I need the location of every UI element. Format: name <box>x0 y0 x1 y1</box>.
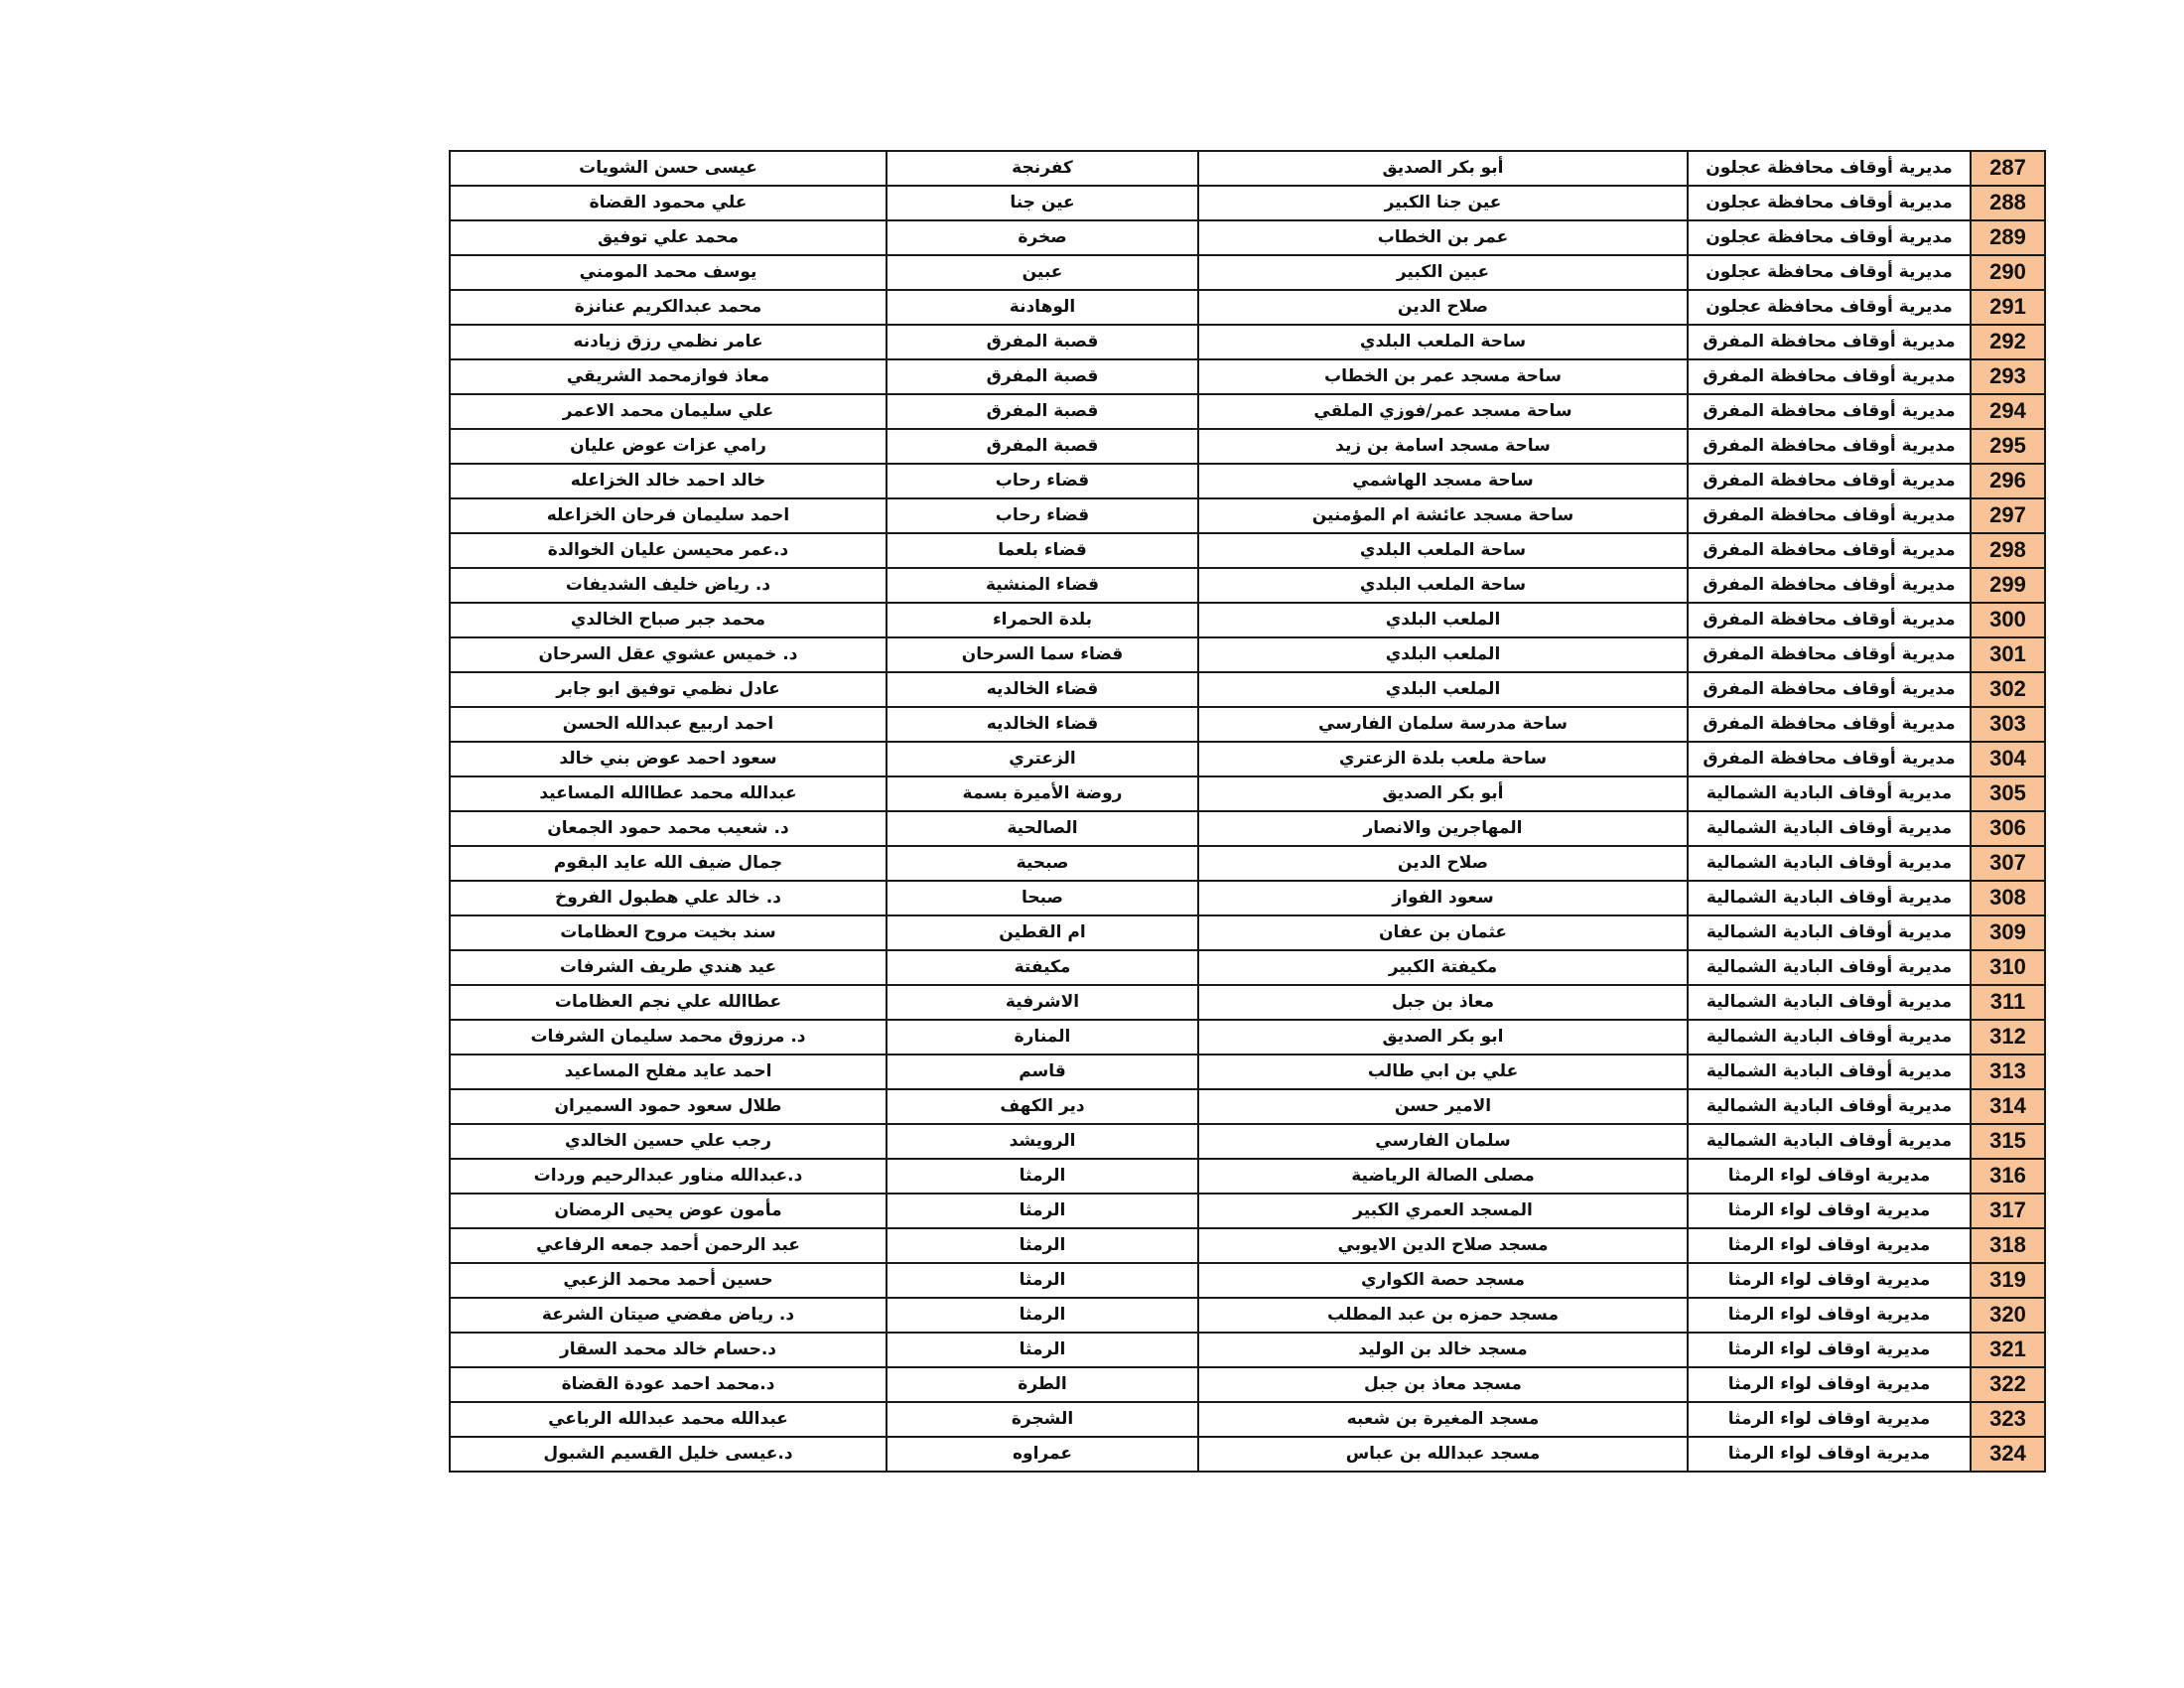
prayer-site-cell: ابو بكر الصديق <box>1198 1020 1688 1055</box>
prayer-site-cell: عمر بن الخطاب <box>1198 220 1688 255</box>
area-cell: قضاء المنشية <box>887 568 1198 603</box>
row-number-cell: 294 <box>1971 394 2045 429</box>
row-number-cell: 323 <box>1971 1402 2045 1437</box>
prayer-site-cell: أبو بكر الصديق <box>1198 151 1688 186</box>
imam-cell: د.عيسى خليل القسيم الشبول <box>450 1437 887 1472</box>
row-number-cell: 290 <box>1971 255 2045 290</box>
area-cell: الشجرة <box>887 1402 1198 1437</box>
area-cell: قاسم <box>887 1055 1198 1089</box>
area-cell: ام القطين <box>887 915 1198 950</box>
prayer-site-cell: ساحة مسجد عائشة ام المؤمنين <box>1198 498 1688 533</box>
row-number-cell: 307 <box>1971 846 2045 881</box>
area-cell: قضاء رحاب <box>887 464 1198 498</box>
area-cell: الرمثا <box>887 1263 1198 1298</box>
imam-cell: رجب علي حسين الخالدي <box>450 1124 887 1159</box>
table-row: 295 مديرية أوقاف محافظة المفرق ساحة مسجد… <box>450 429 2045 464</box>
row-number-cell: 306 <box>1971 811 2045 846</box>
directorate-cell: مديرية أوقاف محافظة المفرق <box>1688 533 1971 568</box>
directorate-cell: مديرية اوقاف لواء الرمثا <box>1688 1159 1971 1194</box>
imam-cell: محمد جبر صباح الخالدي <box>450 603 887 637</box>
area-cell: صخرة <box>887 220 1198 255</box>
row-number-cell: 324 <box>1971 1437 2045 1472</box>
table-row: 323 مديرية اوقاف لواء الرمثا مسجد المغير… <box>450 1402 2045 1437</box>
prayer-site-cell: ساحة الملعب البلدي <box>1198 533 1688 568</box>
directorate-cell: مديرية أوقاف محافظة المفرق <box>1688 325 1971 359</box>
area-cell: قضاء بلعما <box>887 533 1198 568</box>
directorate-cell: مديرية أوقاف محافظة المفرق <box>1688 637 1971 672</box>
table-row: 316 مديرية اوقاف لواء الرمثا مصلى الصالة… <box>450 1159 2045 1194</box>
area-cell: مكيفتة <box>887 950 1198 985</box>
table-row: 309 مديرية أوقاف البادية الشمالية عثمان … <box>450 915 2045 950</box>
table-row: 292 مديرية أوقاف محافظة المفرق ساحة المل… <box>450 325 2045 359</box>
row-number-cell: 305 <box>1971 776 2045 811</box>
directorate-cell: مديرية أوقاف محافظة المفرق <box>1688 394 1971 429</box>
row-number-cell: 293 <box>1971 359 2045 394</box>
area-cell: الاشرفية <box>887 985 1198 1020</box>
imam-cell: د.حسام خالد محمد السقار <box>450 1333 887 1367</box>
directorate-cell: مديرية أوقاف البادية الشمالية <box>1688 846 1971 881</box>
area-cell: الرمثا <box>887 1159 1198 1194</box>
area-cell: قصبة المفرق <box>887 325 1198 359</box>
row-number-cell: 309 <box>1971 915 2045 950</box>
imam-cell: مأمون عوض يحيى الرمضان <box>450 1194 887 1228</box>
area-cell: عبين <box>887 255 1198 290</box>
table-row: 306 مديرية أوقاف البادية الشمالية المهاج… <box>450 811 2045 846</box>
prayer-site-cell: مصلى الصالة الرياضية <box>1198 1159 1688 1194</box>
area-cell: المنارة <box>887 1020 1198 1055</box>
table-row: 303 مديرية أوقاف محافظة المفرق ساحة مدرس… <box>450 707 2045 742</box>
table-row: 298 مديرية أوقاف محافظة المفرق ساحة المل… <box>450 533 2045 568</box>
directorate-cell: مديرية أوقاف محافظة المفرق <box>1688 742 1971 776</box>
area-cell: عمراوه <box>887 1437 1198 1472</box>
row-number-cell: 300 <box>1971 603 2045 637</box>
imam-cell: د. خالد علي هطبول الفروخ <box>450 881 887 915</box>
area-cell: الصالحية <box>887 811 1198 846</box>
table-row: 301 مديرية أوقاف محافظة المفرق الملعب ال… <box>450 637 2045 672</box>
imam-cell: محمد عبدالكريم عنانزة <box>450 290 887 325</box>
prayer-site-cell: ساحة مدرسة سلمان الفارسي <box>1198 707 1688 742</box>
row-number-cell: 288 <box>1971 186 2045 220</box>
table-row: 289 مديرية أوقاف محافظة عجلون عمر بن الخ… <box>450 220 2045 255</box>
table-row: 308 مديرية أوقاف البادية الشمالية سعود ا… <box>450 881 2045 915</box>
area-cell: صبحا <box>887 881 1198 915</box>
area-cell: قضاء الخالديه <box>887 707 1198 742</box>
area-cell: الرمثا <box>887 1298 1198 1333</box>
row-number-cell: 292 <box>1971 325 2045 359</box>
directorate-cell: مديرية أوقاف محافظة عجلون <box>1688 220 1971 255</box>
area-cell: الرويشد <box>887 1124 1198 1159</box>
row-number-cell: 304 <box>1971 742 2045 776</box>
table-row: 311 مديرية أوقاف البادية الشمالية معاذ ب… <box>450 985 2045 1020</box>
row-number-cell: 318 <box>1971 1228 2045 1263</box>
imam-cell: د. خميس عشوي عقل السرحان <box>450 637 887 672</box>
table-row: 307 مديرية أوقاف البادية الشمالية صلاح ا… <box>450 846 2045 881</box>
row-number-cell: 289 <box>1971 220 2045 255</box>
table-row: 310 مديرية أوقاف البادية الشمالية مكيفتة… <box>450 950 2045 985</box>
row-number-cell: 298 <box>1971 533 2045 568</box>
row-number-cell: 317 <box>1971 1194 2045 1228</box>
directorate-cell: مديرية اوقاف لواء الرمثا <box>1688 1437 1971 1472</box>
imam-cell: عادل نظمي توفيق ابو جابر <box>450 672 887 707</box>
imam-cell: د. شعيب محمد حمود الجمعان <box>450 811 887 846</box>
imam-cell: عطاالله علي نجم العظامات <box>450 985 887 1020</box>
directorate-cell: مديرية أوقاف محافظة المفرق <box>1688 568 1971 603</box>
table-row: 318 مديرية اوقاف لواء الرمثا مسجد صلاح ا… <box>450 1228 2045 1263</box>
directorate-cell: مديرية اوقاف لواء الرمثا <box>1688 1298 1971 1333</box>
directorate-cell: مديرية أوقاف البادية الشمالية <box>1688 811 1971 846</box>
directorate-cell: مديرية أوقاف محافظة عجلون <box>1688 186 1971 220</box>
table-row: 304 مديرية أوقاف محافظة المفرق ساحة ملعب… <box>450 742 2045 776</box>
imam-cell: علي محمود القضاة <box>450 186 887 220</box>
imam-cell: رامي عزات عوض عليان <box>450 429 887 464</box>
directorate-cell: مديرية أوقاف البادية الشمالية <box>1688 1020 1971 1055</box>
directorate-cell: مديرية أوقاف البادية الشمالية <box>1688 915 1971 950</box>
imam-cell: احمد عايد مفلح المساعيد <box>450 1055 887 1089</box>
row-number-cell: 291 <box>1971 290 2045 325</box>
prayer-site-cell: صلاح الدين <box>1198 846 1688 881</box>
imam-cell: سعود احمد عوض بني خالد <box>450 742 887 776</box>
table-row: 287 مديرية أوقاف محافظة عجلون أبو بكر ال… <box>450 151 2045 186</box>
row-number-cell: 287 <box>1971 151 2045 186</box>
imam-cell: يوسف محمد المومني <box>450 255 887 290</box>
row-number-cell: 302 <box>1971 672 2045 707</box>
imam-cell: عامر نظمي رزق زيادنه <box>450 325 887 359</box>
imam-cell: د. رياض مفضي صيتان الشرعة <box>450 1298 887 1333</box>
prayer-site-cell: مسجد حصة الكواري <box>1198 1263 1688 1298</box>
area-cell: قصبة المفرق <box>887 359 1198 394</box>
prayer-site-cell: ساحة مسجد اسامة بن زيد <box>1198 429 1688 464</box>
imam-cell: سند بخيت مروح العظامات <box>450 915 887 950</box>
prayer-site-cell: مسجد حمزه بن عبد المطلب <box>1198 1298 1688 1333</box>
prayer-site-cell: عين جنا الكبير <box>1198 186 1688 220</box>
area-cell: الطرة <box>887 1367 1198 1402</box>
prayer-site-cell: مسجد المغيرة بن شعبه <box>1198 1402 1688 1437</box>
directorate-cell: مديرية أوقاف محافظة المفرق <box>1688 464 1971 498</box>
directorate-cell: مديرية أوقاف البادية الشمالية <box>1688 950 1971 985</box>
imam-cell: د.عبدالله مناور عبدالرحيم وردات <box>450 1159 887 1194</box>
area-cell: قصبة المفرق <box>887 429 1198 464</box>
imam-cell: عيسى حسن الشويات <box>450 151 887 186</box>
directorate-cell: مديرية أوقاف محافظة المفرق <box>1688 498 1971 533</box>
area-cell: الوهادنة <box>887 290 1198 325</box>
prayer-site-cell: الملعب البلدي <box>1198 672 1688 707</box>
prayer-site-cell: ساحة مسجد عمر/فوزي الملقي <box>1198 394 1688 429</box>
table-row: 324 مديرية اوقاف لواء الرمثا مسجد عبدالل… <box>450 1437 2045 1472</box>
row-number-cell: 303 <box>1971 707 2045 742</box>
directorate-cell: مديرية أوقاف البادية الشمالية <box>1688 985 1971 1020</box>
row-number-cell: 313 <box>1971 1055 2045 1089</box>
area-cell: كفرنجة <box>887 151 1198 186</box>
area-cell: قصبة المفرق <box>887 394 1198 429</box>
row-number-cell: 316 <box>1971 1159 2045 1194</box>
table-row: 302 مديرية أوقاف محافظة المفرق الملعب ال… <box>450 672 2045 707</box>
directorate-cell: مديرية أوقاف البادية الشمالية <box>1688 1089 1971 1124</box>
row-number-cell: 311 <box>1971 985 2045 1020</box>
table-row: 320 مديرية اوقاف لواء الرمثا مسجد حمزه ب… <box>450 1298 2045 1333</box>
directorate-cell: مديرية أوقاف محافظة عجلون <box>1688 290 1971 325</box>
table-row: 312 مديرية أوقاف البادية الشمالية ابو بك… <box>450 1020 2045 1055</box>
imam-cell: علي سليمان محمد الاعمر <box>450 394 887 429</box>
directorate-cell: مديرية أوقاف محافظة المفرق <box>1688 707 1971 742</box>
imam-cell: د.محمد احمد عودة القضاة <box>450 1367 887 1402</box>
row-number-cell: 322 <box>1971 1367 2045 1402</box>
imam-cell: معاذ فوازمحمد الشريقي <box>450 359 887 394</box>
prayer-site-cell: أبو بكر الصديق <box>1198 776 1688 811</box>
area-cell: قضاء الخالديه <box>887 672 1198 707</box>
table-row: 296 مديرية أوقاف محافظة المفرق ساحة مسجد… <box>450 464 2045 498</box>
area-cell: الرمثا <box>887 1228 1198 1263</box>
prayer-site-cell: الملعب البلدي <box>1198 603 1688 637</box>
area-cell: قضاء سما السرحان <box>887 637 1198 672</box>
row-number-cell: 299 <box>1971 568 2045 603</box>
prayer-site-cell: سعود الفواز <box>1198 881 1688 915</box>
imam-cell: طلال سعود حمود السميران <box>450 1089 887 1124</box>
document-page: 287 مديرية أوقاف محافظة عجلون أبو بكر ال… <box>0 0 2184 1688</box>
directorate-cell: مديرية أوقاف محافظة عجلون <box>1688 255 1971 290</box>
directorate-cell: مديرية أوقاف محافظة المفرق <box>1688 359 1971 394</box>
imam-cell: د. رياض خليف الشديفات <box>450 568 887 603</box>
imam-cell: عبدالله محمد عبدالله الرباعي <box>450 1402 887 1437</box>
directorate-cell: مديرية اوقاف لواء الرمثا <box>1688 1367 1971 1402</box>
table-row: 299 مديرية أوقاف محافظة المفرق ساحة المل… <box>450 568 2045 603</box>
row-number-cell: 312 <box>1971 1020 2045 1055</box>
table-row: 300 مديرية أوقاف محافظة المفرق الملعب ال… <box>450 603 2045 637</box>
area-cell: قضاء رحاب <box>887 498 1198 533</box>
row-number-cell: 308 <box>1971 881 2045 915</box>
table-body: 287 مديرية أوقاف محافظة عجلون أبو بكر ال… <box>450 151 2045 1472</box>
directorate-cell: مديرية أوقاف محافظة المفرق <box>1688 603 1971 637</box>
prayer-site-cell: ساحة الملعب البلدي <box>1198 568 1688 603</box>
directorate-cell: مديرية اوقاف لواء الرمثا <box>1688 1333 1971 1367</box>
directorate-cell: مديرية أوقاف البادية الشمالية <box>1688 881 1971 915</box>
imam-cell: محمد علي توفيق <box>450 220 887 255</box>
imam-cell: احمد اربيع عبدالله الحسن <box>450 707 887 742</box>
prayer-site-cell: عثمان بن عفان <box>1198 915 1688 950</box>
table-row: 319 مديرية اوقاف لواء الرمثا مسجد حصة ال… <box>450 1263 2045 1298</box>
row-number-cell: 314 <box>1971 1089 2045 1124</box>
area-cell: عين جنا <box>887 186 1198 220</box>
directorate-cell: مديرية اوقاف لواء الرمثا <box>1688 1402 1971 1437</box>
prayer-site-cell: المسجد العمري الكبير <box>1198 1194 1688 1228</box>
directorate-cell: مديرية اوقاف لواء الرمثا <box>1688 1263 1971 1298</box>
imam-cell: حسين أحمد محمد الزعبي <box>450 1263 887 1298</box>
prayer-site-cell: صلاح الدين <box>1198 290 1688 325</box>
imam-cell: عبدالله محمد عطاالله المساعيد <box>450 776 887 811</box>
area-cell: الرمثا <box>887 1194 1198 1228</box>
prayer-site-cell: مسجد خالد بن الوليد <box>1198 1333 1688 1367</box>
row-number-cell: 319 <box>1971 1263 2045 1298</box>
table-row: 315 مديرية أوقاف البادية الشمالية سلمان … <box>450 1124 2045 1159</box>
row-number-cell: 321 <box>1971 1333 2045 1367</box>
imam-cell: عيد هندي طريف الشرفات <box>450 950 887 985</box>
prayer-site-cell: مسجد عبدالله بن عباس <box>1198 1437 1688 1472</box>
prayer-site-cell: ساحة مسجد الهاشمي <box>1198 464 1688 498</box>
prayer-site-cell: المهاجرين والانصار <box>1198 811 1688 846</box>
table-row: 321 مديرية اوقاف لواء الرمثا مسجد خالد ب… <box>450 1333 2045 1367</box>
area-cell: الزعتري <box>887 742 1198 776</box>
table-row: 305 مديرية أوقاف البادية الشمالية أبو بك… <box>450 776 2045 811</box>
table-row: 317 مديرية اوقاف لواء الرمثا المسجد العم… <box>450 1194 2045 1228</box>
imam-cell: د.عمر محيسن عليان الخوالدة <box>450 533 887 568</box>
directorate-cell: مديرية أوقاف محافظة المفرق <box>1688 672 1971 707</box>
table-row: 293 مديرية أوقاف محافظة المفرق ساحة مسجد… <box>450 359 2045 394</box>
imam-cell: احمد سليمان فرحان الخزاعله <box>450 498 887 533</box>
prayer-site-cell: معاذ بن جبل <box>1198 985 1688 1020</box>
prayer-site-cell: مسجد صلاح الدين الايوبي <box>1198 1228 1688 1263</box>
prayer-site-cell: ساحة مسجد عمر بن الخطاب <box>1198 359 1688 394</box>
table-row: 314 مديرية أوقاف البادية الشمالية الامير… <box>450 1089 2045 1124</box>
table-row: 297 مديرية أوقاف محافظة المفرق ساحة مسجد… <box>450 498 2045 533</box>
row-number-cell: 315 <box>1971 1124 2045 1159</box>
area-cell: صبحية <box>887 846 1198 881</box>
row-number-cell: 301 <box>1971 637 2045 672</box>
directorate-cell: مديرية أوقاف محافظة عجلون <box>1688 151 1971 186</box>
prayer-site-cell: الملعب البلدي <box>1198 637 1688 672</box>
directorate-cell: مديرية أوقاف البادية الشمالية <box>1688 1055 1971 1089</box>
imam-cell: جمال ضيف الله عايد البقوم <box>450 846 887 881</box>
prayer-site-cell: سلمان الفارسي <box>1198 1124 1688 1159</box>
row-number-cell: 320 <box>1971 1298 2045 1333</box>
prayer-site-cell: عبين الكبير <box>1198 255 1688 290</box>
row-number-cell: 310 <box>1971 950 2045 985</box>
prayer-site-cell: مكيفتة الكبير <box>1198 950 1688 985</box>
row-number-cell: 296 <box>1971 464 2045 498</box>
prayer-site-cell: ساحة الملعب البلدي <box>1198 325 1688 359</box>
area-cell: روضة الأميرة بسمة <box>887 776 1198 811</box>
row-number-cell: 297 <box>1971 498 2045 533</box>
area-cell: الرمثا <box>887 1333 1198 1367</box>
table-row: 290 مديرية أوقاف محافظة عجلون عبين الكبي… <box>450 255 2045 290</box>
prayer-site-cell: علي بن ابي طالب <box>1198 1055 1688 1089</box>
area-cell: دير الكهف <box>887 1089 1198 1124</box>
area-cell: بلدة الحمراء <box>887 603 1198 637</box>
table-row: 322 مديرية اوقاف لواء الرمثا مسجد معاذ ب… <box>450 1367 2045 1402</box>
prayer-sites-table: 287 مديرية أوقاف محافظة عجلون أبو بكر ال… <box>449 150 2046 1473</box>
directorate-cell: مديرية أوقاف محافظة المفرق <box>1688 429 1971 464</box>
table-row: 291 مديرية أوقاف محافظة عجلون صلاح الدين… <box>450 290 2045 325</box>
prayer-site-cell: الامير حسن <box>1198 1089 1688 1124</box>
prayer-site-cell: ساحة ملعب بلدة الزعتري <box>1198 742 1688 776</box>
prayer-site-cell: مسجد معاذ بن جبل <box>1198 1367 1688 1402</box>
table-row: 288 مديرية أوقاف محافظة عجلون عين جنا ال… <box>450 186 2045 220</box>
directorate-cell: مديرية اوقاف لواء الرمثا <box>1688 1194 1971 1228</box>
directorate-cell: مديرية أوقاف البادية الشمالية <box>1688 776 1971 811</box>
imam-cell: عبد الرحمن أحمد جمعه الرفاعي <box>450 1228 887 1263</box>
table-row: 313 مديرية أوقاف البادية الشمالية علي بن… <box>450 1055 2045 1089</box>
directorate-cell: مديرية أوقاف البادية الشمالية <box>1688 1124 1971 1159</box>
row-number-cell: 295 <box>1971 429 2045 464</box>
imam-cell: خالد احمد خالد الخزاعله <box>450 464 887 498</box>
table-row: 294 مديرية أوقاف محافظة المفرق ساحة مسجد… <box>450 394 2045 429</box>
directorate-cell: مديرية اوقاف لواء الرمثا <box>1688 1228 1971 1263</box>
imam-cell: د. مرزوق محمد سليمان الشرفات <box>450 1020 887 1055</box>
